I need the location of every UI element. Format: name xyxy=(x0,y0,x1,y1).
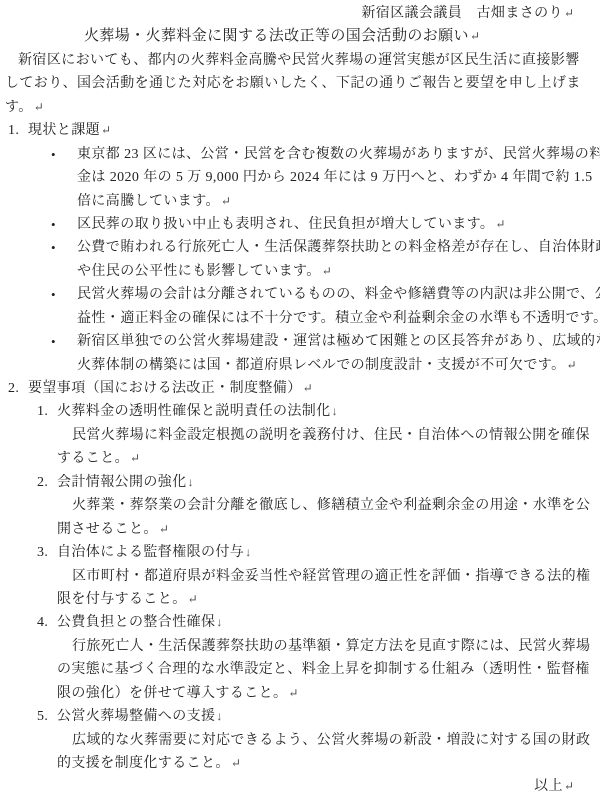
document-page: 新宿区議会議員 古畑まさのり↵ 火葬場・火葬料金に関する法改正等の国会活動のお願… xyxy=(0,0,600,800)
request-body-text: 的支援を制度化すること。 xyxy=(57,756,230,771)
request-body-text: 火葬業・葬祭業の会計分離を徹底し、修繕積立金や利益剰余金の用途・水準を公 xyxy=(72,498,590,513)
request-item-heading: 4.公費負担との整合性確保↓ xyxy=(0,611,600,634)
request-item-number: 2. xyxy=(37,471,48,494)
bullet-item-line: •新宿区単独での公営火葬場建設・運営は極めて困難との区長答弁があり、広域的な xyxy=(0,330,600,353)
paragraph-mark-icon: ↵ xyxy=(566,358,576,372)
paragraph-mark-icon: ↵ xyxy=(495,217,505,231)
line-break-mark-icon: ↓ xyxy=(216,615,222,629)
bullet-icon: • xyxy=(51,213,56,236)
paragraph-mark-icon: ↵ xyxy=(231,756,241,770)
request-item-heading: 1.火葬料金の透明性確保と説明責任の法制化↓ xyxy=(0,400,600,423)
bullet-text: 東京都 23 区には、公営・民営を含む複数の火葬場がありますが、民営火葬場の料 xyxy=(77,147,600,162)
bullet-item-line: •東京都 23 区には、公営・民営を含む複数の火葬場がありますが、民営火葬場の料 xyxy=(0,143,600,166)
request-item-body-line: 的支援を制度化すること。↵ xyxy=(0,752,600,775)
request-item-body-line: の実態に基づく合理的な水準設定と、料金上昇を抑制する仕組み（透明性・監督権 xyxy=(0,658,600,681)
request-heading-text: 公営火葬場整備への支援 xyxy=(57,709,215,724)
bullet-item-line: 金は 2020 年の 5 万 9,000 円から 2024 年には 9 万円へと… xyxy=(0,166,600,189)
bullet-text: 区民葬の取り扱い中止も表明され、住民負担が増大しています。 xyxy=(77,217,494,232)
section-heading-text: 現状と課題 xyxy=(28,123,100,138)
request-item-body-line: 行旅死亡人・生活保護葬祭扶助の基準額・算定方法を見直す際には、民営火葬場 xyxy=(0,635,600,658)
request-item-body-line: 限の強化）を併せて導入すること。↵ xyxy=(0,682,600,705)
intro-line: 新宿区においても、都内の火葬料金高騰や民営火葬場の運営実態が区民生活に直接影響 xyxy=(0,49,600,72)
request-item-body-line: 区市町村・都道府県が料金妥当性や経営管理の適正性を評価・指導できる法的権 xyxy=(0,565,600,588)
author-line: 新宿区議会議員 古畑まさのり↵ xyxy=(0,2,600,25)
request-heading-text: 火葬料金の透明性確保と説明責任の法制化 xyxy=(57,404,331,419)
paragraph-mark-icon: ↵ xyxy=(470,29,480,43)
bullet-item-line: 火葬体制の構築には国・都道府県レベルでの制度設計・支援が不可欠です。↵ xyxy=(0,354,600,377)
paragraph-mark-icon: ↵ xyxy=(130,451,140,465)
paragraph-mark-icon: ↵ xyxy=(188,592,198,606)
bullet-text: 民営火葬場の会計は分離されているものの、料金や修繕費等の内訳は非公開で、公 xyxy=(77,287,600,302)
request-heading-text: 会計情報公開の強化 xyxy=(57,475,187,490)
intro-text: しており、国会活動を通じた対応をお願いしたく、下記の通りご報告と要望を申し上げま xyxy=(5,76,581,91)
author-text: 新宿区議会議員 古畑まさのり xyxy=(361,6,563,21)
request-heading-text: 公費負担との整合性確保 xyxy=(57,615,215,630)
bullet-item-line: 倍に高騰しています。↵ xyxy=(0,190,600,213)
paragraph-mark-icon: ↵ xyxy=(564,6,574,20)
bullet-icon: • xyxy=(51,283,56,306)
request-item-body-line: 火葬業・葬祭業の会計分離を徹底し、修繕積立金や利益剰余金の用途・水準を公 xyxy=(0,494,600,517)
request-item-body-line: すること。↵ xyxy=(0,447,600,470)
request-body-text: 民営火葬場に料金設定根拠の説明を義務付け、住民・自治体への情報公開を確保 xyxy=(72,428,590,443)
bullet-text: 益性・適正料金の確保には不十分です。積立金や利益剰余金の水準も不透明です。 xyxy=(77,311,600,326)
paragraph-mark-icon: ↵ xyxy=(221,194,231,208)
request-item-heading: 2.会計情報公開の強化↓ xyxy=(0,471,600,494)
request-item-number: 5. xyxy=(37,705,48,728)
paragraph-mark-icon: ↵ xyxy=(34,100,44,114)
paragraph-mark-icon: ↵ xyxy=(288,686,298,700)
paragraph-mark-icon: ↵ xyxy=(159,522,169,536)
intro-line: す。↵ xyxy=(0,96,600,119)
line-break-mark-icon: ↓ xyxy=(332,404,338,418)
section-heading-requests: 2.要望事項（国における法改正・制度整備）↵ xyxy=(0,377,600,400)
line-break-mark-icon: ↓ xyxy=(245,545,251,559)
paragraph-mark-icon: ↵ xyxy=(322,264,332,278)
bullet-icon: • xyxy=(51,330,56,353)
line-break-mark-icon: ↓ xyxy=(216,709,222,723)
request-item-body-line: 限を付与すること。↵ xyxy=(0,588,600,611)
bullet-item-line: •公費で賄われる行旅死亡人・生活保護葬祭扶助との料金格差が存在し、自治体財政 xyxy=(0,236,600,259)
section-number: 1. xyxy=(8,119,19,142)
bullet-text: 倍に高騰しています。 xyxy=(77,194,220,209)
request-item-body-line: 開させること。↵ xyxy=(0,518,600,541)
intro-line: しており、国会活動を通じた対応をお願いしたく、下記の通りご報告と要望を申し上げま xyxy=(0,72,600,95)
paragraph-mark-icon: ↵ xyxy=(564,779,574,793)
closing-text: 以上 xyxy=(534,779,563,794)
bullet-item-line: や住民の公平性にも影響しています。↵ xyxy=(0,260,600,283)
request-item-number: 3. xyxy=(37,541,48,564)
request-item-body-line: 広域的な火葬需要に対応できるよう、公営火葬場の新設・増設に対する国の財政 xyxy=(0,729,600,752)
intro-text: 新宿区においても、都内の火葬料金高騰や民営火葬場の運営実態が区民生活に直接影響 xyxy=(18,53,580,68)
bullet-icon: • xyxy=(51,236,56,259)
request-body-text: 限の強化）を併せて導入すること。 xyxy=(57,686,287,701)
bullet-text: 新宿区単独での公営火葬場建設・運営は極めて困難との区長答弁があり、広域的な xyxy=(77,334,600,349)
section-heading-text: 要望事項（国における法改正・制度整備） xyxy=(28,381,302,396)
bullet-item-line: •区民葬の取り扱い中止も表明され、住民負担が増大しています。↵ xyxy=(0,213,600,236)
request-heading-text: 自治体による監督権限の付与 xyxy=(57,545,244,560)
intro-text: す。 xyxy=(5,100,33,115)
request-item-body-line: 民営火葬場に料金設定根拠の説明を義務付け、住民・自治体への情報公開を確保 xyxy=(0,424,600,447)
document-title: 火葬場・火葬料金に関する法改正等の国会活動のお願い↵ xyxy=(0,25,600,48)
bullet-text: 火葬体制の構築には国・都道府県レベルでの制度設計・支援が不可欠です。 xyxy=(77,358,565,373)
request-body-text: の実態に基づく合理的な水準設定と、料金上昇を抑制する仕組み（透明性・監督権 xyxy=(57,662,590,677)
title-text: 火葬場・火葬料金に関する法改正等の国会活動のお願い xyxy=(84,28,469,44)
bullet-icon: • xyxy=(51,143,56,166)
bullet-text: や住民の公平性にも影響しています。 xyxy=(77,264,321,279)
bullet-text: 金は 2020 年の 5 万 9,000 円から 2024 年には 9 万円へと… xyxy=(77,170,593,185)
bullet-item-line: •民営火葬場の会計は分離されているものの、料金や修繕費等の内訳は非公開で、公 xyxy=(0,283,600,306)
request-item-number: 4. xyxy=(37,611,48,634)
bullet-text: 公費で賄われる行旅死亡人・生活保護葬祭扶助との料金格差が存在し、自治体財政 xyxy=(77,240,600,255)
section-heading-current-issues: 1.現状と課題↵ xyxy=(0,119,600,142)
line-break-mark-icon: ↓ xyxy=(188,475,194,489)
request-item-heading: 3.自治体による監督権限の付与↓ xyxy=(0,541,600,564)
closing-line: 以上↵ xyxy=(0,775,600,798)
request-body-text: すること。 xyxy=(57,451,129,466)
request-body-text: 限を付与すること。 xyxy=(57,592,187,607)
request-body-text: 区市町村・都道府県が料金妥当性や経営管理の適正性を評価・指導できる法的権 xyxy=(72,569,590,584)
request-body-text: 行旅死亡人・生活保護葬祭扶助の基準額・算定方法を見直す際には、民営火葬場 xyxy=(72,639,590,654)
request-body-text: 広域的な火葬需要に対応できるよう、公営火葬場の新設・増設に対する国の財政 xyxy=(72,733,590,748)
request-item-heading: 5.公営火葬場整備への支援↓ xyxy=(0,705,600,728)
request-body-text: 開させること。 xyxy=(57,522,158,537)
bullet-item-line: 益性・適正料金の確保には不十分です。積立金や利益剰余金の水準も不透明です。↵ xyxy=(0,307,600,330)
request-item-number: 1. xyxy=(37,400,48,423)
section-number: 2. xyxy=(8,377,19,400)
paragraph-mark-icon: ↵ xyxy=(303,381,313,395)
paragraph-mark-icon: ↵ xyxy=(101,123,111,137)
